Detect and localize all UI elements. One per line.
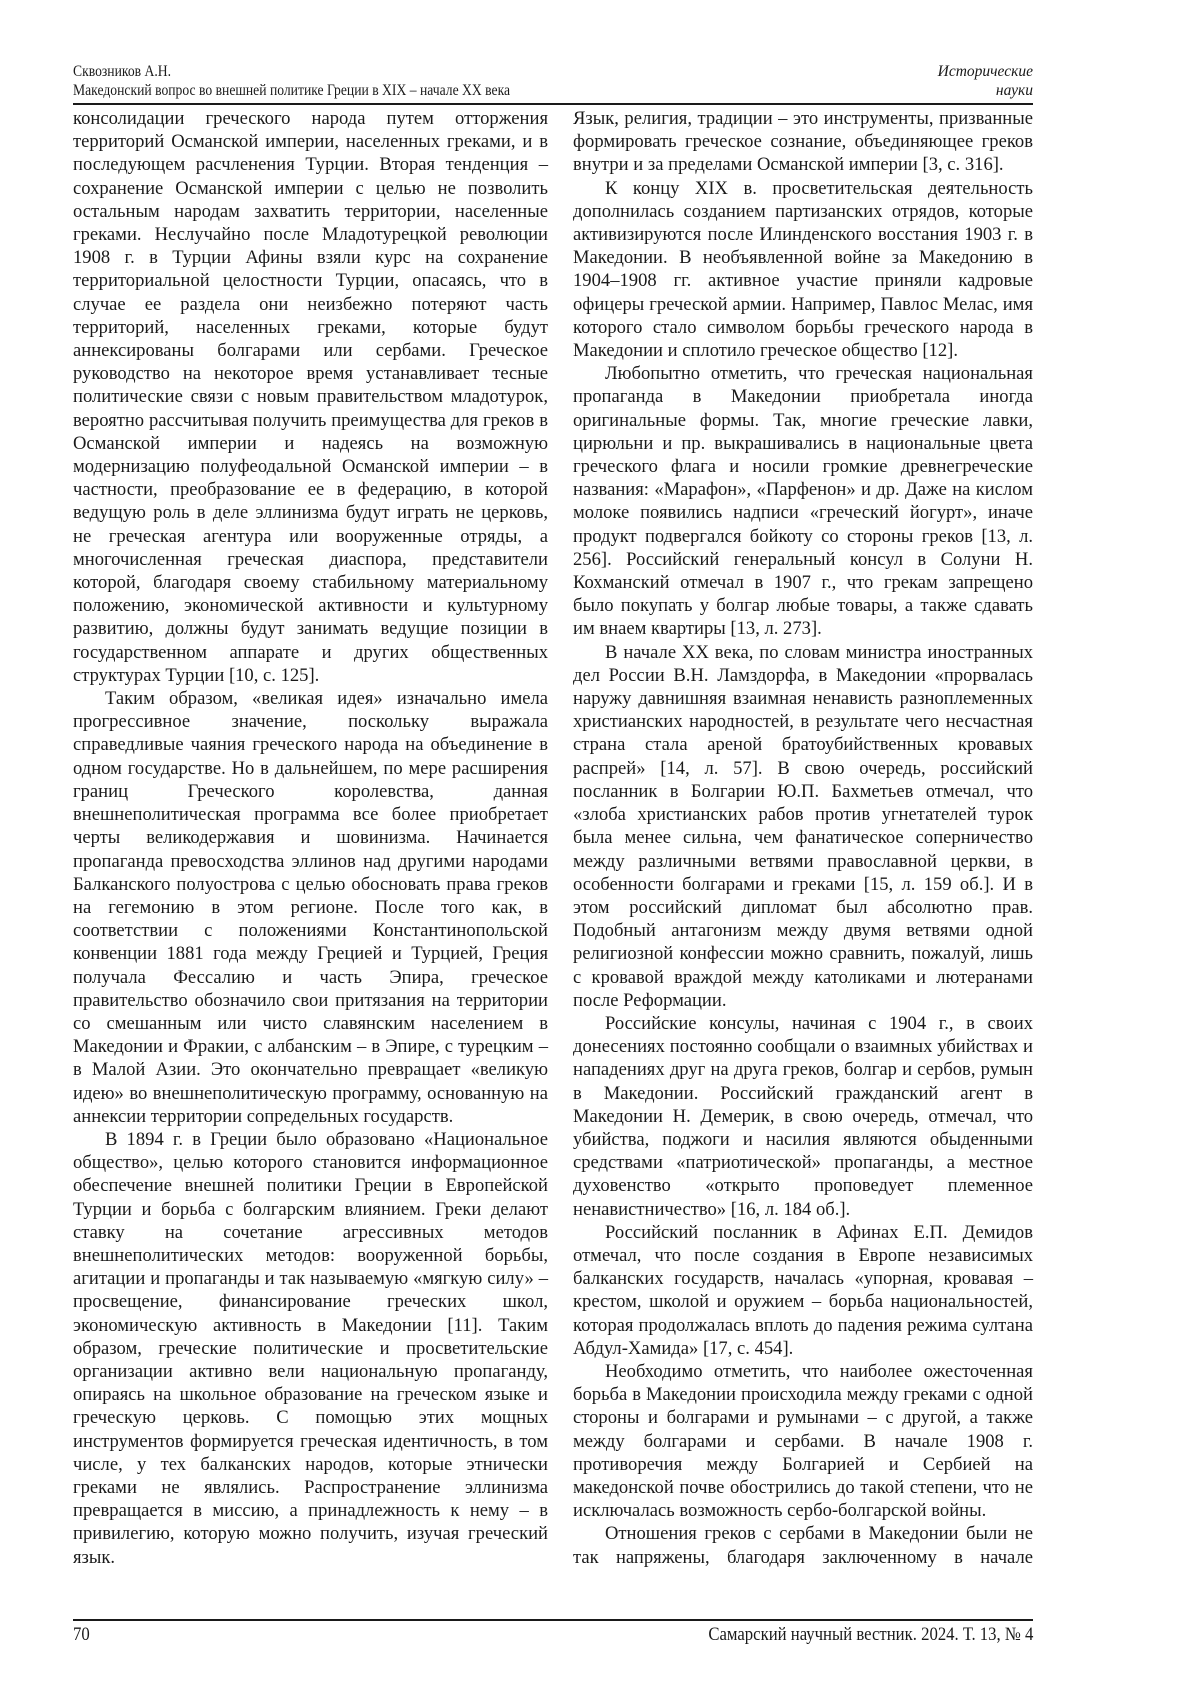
paragraph: В начале XX века, по словам министра ино…	[573, 641, 1033, 1012]
left-column: консолидации греческого народа путем отт…	[73, 107, 548, 1569]
header-left: Сквозников А.Н. Македонский вопрос во вн…	[73, 62, 510, 100]
header-rule	[73, 103, 1033, 105]
header-author: Сквозников А.Н.	[73, 62, 510, 81]
paragraph: консолидации греческого народа путем отт…	[73, 107, 548, 687]
footer-rule	[73, 1619, 1033, 1621]
paragraph: Таким образом, «великая идея» изначально…	[73, 687, 548, 1128]
right-column: Язык, религия, традиции – это инструмент…	[573, 107, 1033, 1569]
paragraph: В 1894 г. в Греции было образовано «Наци…	[73, 1128, 548, 1569]
paragraph: Необходимо отметить, что наиболее ожесто…	[573, 1360, 1033, 1522]
paragraph: Российский посланник в Афинах Е.П. Демид…	[573, 1221, 1033, 1360]
page-number: 70	[73, 1624, 90, 1646]
paragraph-continued: Отношения греков с сербами в Македонии б…	[573, 1522, 1033, 1568]
paragraph: Язык, религия, традиции – это инструмент…	[573, 107, 1033, 177]
journal-citation: Самарский научный вестник. 2024. Т. 13, …	[708, 1624, 1033, 1646]
header-section-line2: науки	[938, 81, 1033, 100]
header-section-line1: Исторические	[938, 62, 1033, 81]
header-article-title: Македонский вопрос во внешней политике Г…	[73, 81, 510, 100]
journal-page: Сквозников А.Н. Македонский вопрос во вн…	[0, 0, 1200, 1697]
header-section: Исторические науки	[938, 62, 1033, 100]
running-header: Сквозников А.Н. Македонский вопрос во вн…	[73, 62, 1033, 104]
paragraph: Российские консулы, начиная с 1904 г., в…	[573, 1012, 1033, 1221]
paragraph: Любопытно отметить, что греческая национ…	[573, 362, 1033, 640]
paragraph: К концу XIX в. просветительская деятельн…	[573, 177, 1033, 363]
